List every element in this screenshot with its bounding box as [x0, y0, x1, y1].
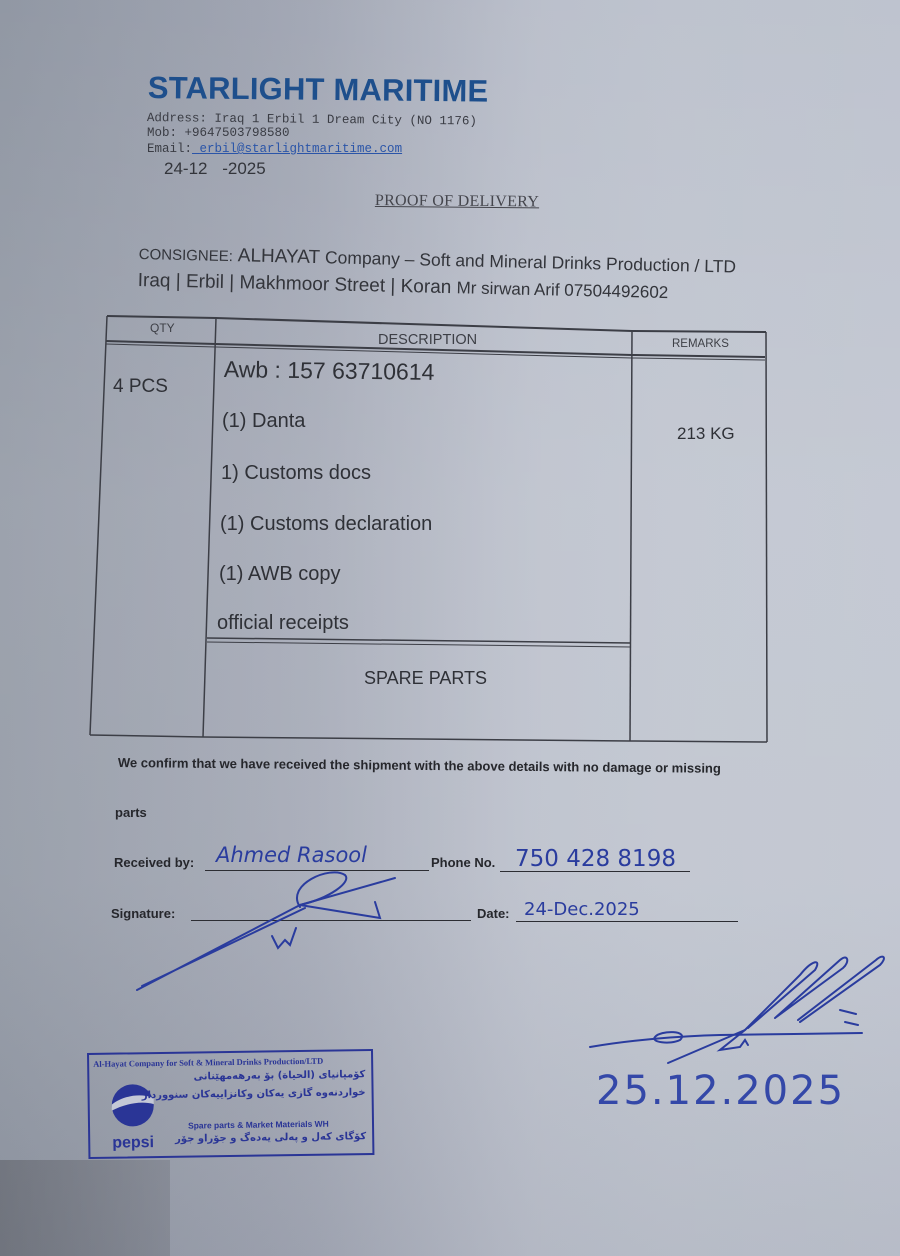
receiver-signature	[137, 872, 395, 990]
stamp-brand: pepsi	[112, 1134, 154, 1153]
handwritten-date: 25.12.2025	[596, 1068, 845, 1114]
pepsi-logo-icon	[109, 1082, 156, 1129]
company-stamp: Al-Hayat Company for Soft & Mineral Drin…	[87, 1049, 374, 1159]
stamp-signature	[590, 957, 884, 1063]
stamp-kurdish-line-2: خواردنەوە گازی یەکان وکانزاییەکان سنوورد…	[142, 1087, 366, 1101]
stamp-warehouse: Spare parts & Market Materials WH	[188, 1119, 329, 1131]
stamp-company-name: Al-Hayat Company for Soft & Mineral Drin…	[93, 1056, 323, 1069]
stamp-kurdish-line-1: کۆمپانیای (الحیاة) بۆ بەرهەمهێنانی	[193, 1069, 365, 1082]
stamp-kurdish-line-3: کۆگای کەل و پەلی یەدەگ و جۆراو جۆر	[175, 1131, 366, 1145]
